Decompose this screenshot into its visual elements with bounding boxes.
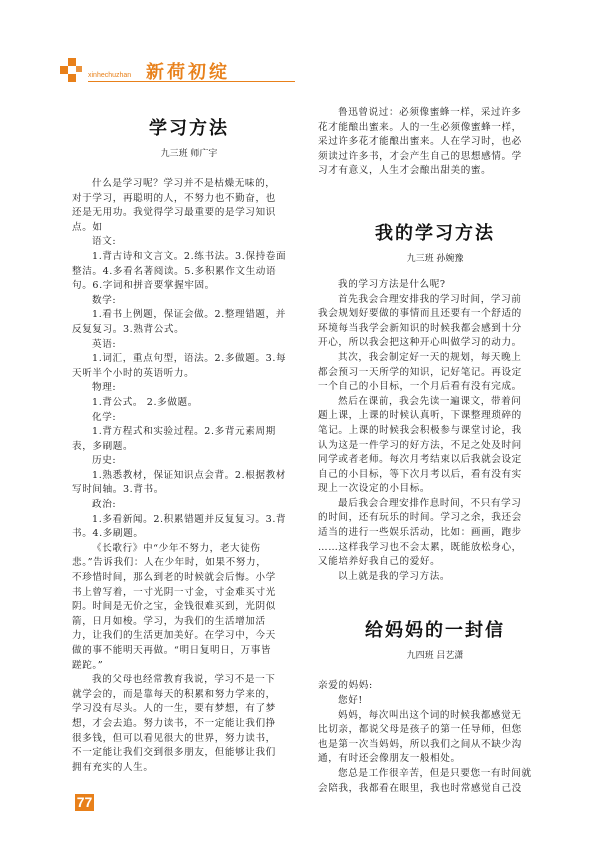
- text-line: 就学会的，而是靠每天的积累和努力学来的，: [72, 688, 306, 703]
- text-line: 书上曾写着，一寸光阴一寸金，寸金难买寸光: [72, 586, 306, 601]
- section-pinyin: xinhechuzhan: [88, 72, 131, 79]
- text-line: 1.背方程式和实验过程。2.多背元素周期: [72, 425, 306, 440]
- article-byline: 九三班 师广宇: [72, 146, 306, 159]
- logo-square-icon: [68, 74, 76, 82]
- text-line: 题上课，上课的时候认真听，下课整理琐碎的: [318, 409, 552, 424]
- text-line: 悲。”告诉我们：人在少年时，如果不努力，: [72, 556, 306, 571]
- text-line: 点。如: [72, 221, 306, 236]
- text-line: 《长歌行》中“少年不努力，老大徒伤: [72, 542, 306, 557]
- text-line: 1.词汇，重点句型，语法。2.多做题。3.每: [72, 352, 306, 367]
- text-line: 学习没有尽头。人的一生，要有梦想，有了梦: [72, 702, 306, 717]
- article-title: 给妈妈的一封信: [318, 616, 552, 642]
- text-line: 做的事不能明天再做。“明日复明日，万事皆: [72, 644, 306, 659]
- text-line: 开心，所以我会把这种开心叫做学习的动力。: [318, 336, 552, 351]
- text-line: 对于学习，再聪明的人，不努力也不勤奋，也: [72, 192, 306, 207]
- text-line: 也是第一次当妈妈，所以我们之间从不缺少沟: [318, 738, 552, 753]
- header-rule: [88, 81, 295, 82]
- article-body: 我的学习方法是什么呢?首先我会合理安排我的学习时间，学习前我会规划好要做的事情而…: [318, 278, 552, 584]
- text-line: 都会预习一天所学的知识，记好笔记。再设定: [318, 366, 552, 381]
- text-line: 化学:: [72, 411, 306, 426]
- article-title: 我的学习方法: [318, 219, 552, 245]
- article-body-continued: 鲁迅曾说过：必须像蜜蜂一样，采过许多花才能酿出蜜来。人的一生必须像蜜蜂一样，采过…: [318, 106, 552, 179]
- text-line: 通，有时还会像朋友一般相处。: [318, 752, 552, 767]
- text-line: 书。4.多刷题。: [72, 527, 306, 542]
- text-line: 1.多看新闻。2.积累错题并反复复习。3.背: [72, 513, 306, 528]
- text-line: 一个自己的小目标，一个月后看有没有完成。: [318, 380, 552, 395]
- text-line: 您好!: [318, 694, 552, 709]
- text-line: 我会规划好要做的事情而且还要有一个舒适的: [318, 307, 552, 322]
- article-title: 学习方法: [72, 114, 306, 140]
- text-line: 妈妈，每次叫出这个词的时候我都感觉无: [318, 709, 552, 724]
- article-body: 亲爱的妈妈:您好!妈妈，每次叫出这个词的时候我都感觉无比切亲，都说父母是孩子的第…: [318, 679, 552, 796]
- text-line: 不一定能让我们交到很多朋友，但能够让我们: [72, 746, 306, 761]
- text-line: 须读过许多书，才会产生自己的思想感情。学: [318, 150, 552, 165]
- left-column: 学习方法 九三班 师广宇 什么是学习呢？学习并不是枯燥无味的，对于学习，再聪明的…: [72, 100, 306, 775]
- text-line: ……这样我学习也不会太累，既能放松身心，: [318, 541, 552, 556]
- text-line: 会陪我，我都看在眼里，我也时常感觉自己没: [318, 782, 552, 797]
- text-line: 表，多刷题。: [72, 440, 306, 455]
- logo-square-icon: [68, 58, 76, 66]
- text-line: 然后在课前，我会先读一遍课文，带着问: [318, 395, 552, 410]
- right-column: 鲁迅曾说过：必须像蜜蜂一样，采过许多花才能酿出蜜来。人的一生必须像蜜蜂一样，采过…: [318, 100, 552, 796]
- text-line: 1.看书上例题，保证会做。2.整理错题，并: [72, 308, 306, 323]
- text-line: 英语:: [72, 338, 306, 353]
- text-line: 语文:: [72, 235, 306, 250]
- text-line: 笔记。上课的时候我会积极参与课堂讨论，我: [318, 424, 552, 439]
- page-number-badge: 77: [75, 794, 94, 811]
- text-line: 现上一次设定的小目标。: [318, 482, 552, 497]
- text-line: 很多钱，但可以看见很大的世界，努力读书，: [72, 732, 306, 747]
- text-line: 其次，我会制定好一天的规划，每天晚上: [318, 351, 552, 366]
- logo-square-icon: [60, 66, 68, 74]
- text-line: 拥有充实的人生。: [72, 761, 306, 776]
- text-line: 箭，日月如梭。学习，为我们的生活增加活: [72, 615, 306, 630]
- section-header: xinhechuzhan 新荷初绽: [60, 50, 290, 90]
- text-line: 蹉跎。”: [72, 659, 306, 674]
- article-study-methods: 学习方法 九三班 师广宇 什么是学习呢？学习并不是枯燥无味的，对于学习，再聪明的…: [72, 114, 306, 775]
- text-line: 您总是工作很辛苦，但是只要您一有时间就: [318, 767, 552, 782]
- text-line: 1.背古诗和文言文。2.练书法。3.保持卷面: [72, 250, 306, 265]
- text-line: 比切亲，都说父母是孩子的第一任导师，但您: [318, 723, 552, 738]
- text-line: 物理:: [72, 381, 306, 396]
- article-byline: 九三班 孙婉豫: [318, 251, 552, 264]
- text-line: 政治:: [72, 498, 306, 513]
- text-line: 首先我会合理安排我的学习时间，学习前: [318, 293, 552, 308]
- text-line: 采过许多花才能酿出蜜来。人在学习时，也必: [318, 135, 552, 150]
- text-line: 数学:: [72, 294, 306, 309]
- text-line: 以上就是我的学习方法。: [318, 570, 552, 585]
- text-line: 句。6.字词和拼音要掌握牢固。: [72, 279, 306, 294]
- text-line: 力，让我们的生活更加美好。在学习中，今天: [72, 629, 306, 644]
- text-line: 的时间，还有玩乐的时间。学习之余，我还会: [318, 511, 552, 526]
- text-line: 习才有意义，人生才会酿出甜美的蜜。: [318, 164, 552, 179]
- article-body: 什么是学习呢？学习并不是枯燥无味的，对于学习，再聪明的人，不努力也不勤奋，也还是…: [72, 177, 306, 775]
- text-line: 最后我会合理安排作息时间，不只有学习: [318, 497, 552, 512]
- text-line: 天听半个小时的英语听力。: [72, 367, 306, 382]
- text-line: 历史:: [72, 454, 306, 469]
- text-line: 整洁。4.多看名著阅读。5.多积累作文生动语: [72, 265, 306, 280]
- text-line: 阴。时间是无价之宝，金钱很难买到，光阴似: [72, 600, 306, 615]
- text-line: 我的父母也经常教育我说，学习不是一下: [72, 673, 306, 688]
- text-line: 亲爱的妈妈:: [318, 679, 552, 694]
- text-line: 还是无用功。我觉得学习最重要的是学习知识: [72, 206, 306, 221]
- text-line: 适当的进行一些娱乐活动，比如：画画，跑步: [318, 526, 552, 541]
- text-line: 我的学习方法是什么呢?: [318, 278, 552, 293]
- text-line: 认为这是一件学习的好方法，不足之处及时问: [318, 439, 552, 454]
- text-line: 反复复习。3.熟背公式。: [72, 323, 306, 338]
- text-line: 想，才会去追。努力读书，不一定能让我们挣: [72, 717, 306, 732]
- text-line: 环境每当我学会新知识的时候我都会感到十分: [318, 322, 552, 337]
- text-line: 鲁迅曾说过：必须像蜜蜂一样，采过许多: [318, 106, 552, 121]
- article-my-study-method: 我的学习方法 九三班 孙婉豫 我的学习方法是什么呢?首先我会合理安排我的学习时间…: [318, 219, 552, 584]
- text-line: 自己的小目标，等下次月考以后，看有没有实: [318, 468, 552, 483]
- text-line: 1.熟悉教材，保证知识点会背。2.根据教材: [72, 469, 306, 484]
- article-byline: 九四班 吕艺潇: [318, 648, 552, 661]
- text-line: 什么是学习呢？学习并不是枯燥无味的，: [72, 177, 306, 192]
- logo-square-icon: [76, 66, 82, 72]
- text-line: 同学或者老师。每次月考结束以后我就会设定: [318, 453, 552, 468]
- text-line: 写时间轴。3.背书。: [72, 483, 306, 498]
- text-line: 不珍惜时间，那么到老的时候就会后悔。小学: [72, 571, 306, 586]
- text-line: 又能培养好我自己的爱好。: [318, 555, 552, 570]
- article-letter-to-mom: 给妈妈的一封信 九四班 吕艺潇 亲爱的妈妈:您好!妈妈，每次叫出这个词的时候我都…: [318, 616, 552, 796]
- text-line: 花才能酿出蜜来。人的一生必须像蜜蜂一样，: [318, 121, 552, 136]
- text-line: 1.背公式。 2.多做题。: [72, 396, 306, 411]
